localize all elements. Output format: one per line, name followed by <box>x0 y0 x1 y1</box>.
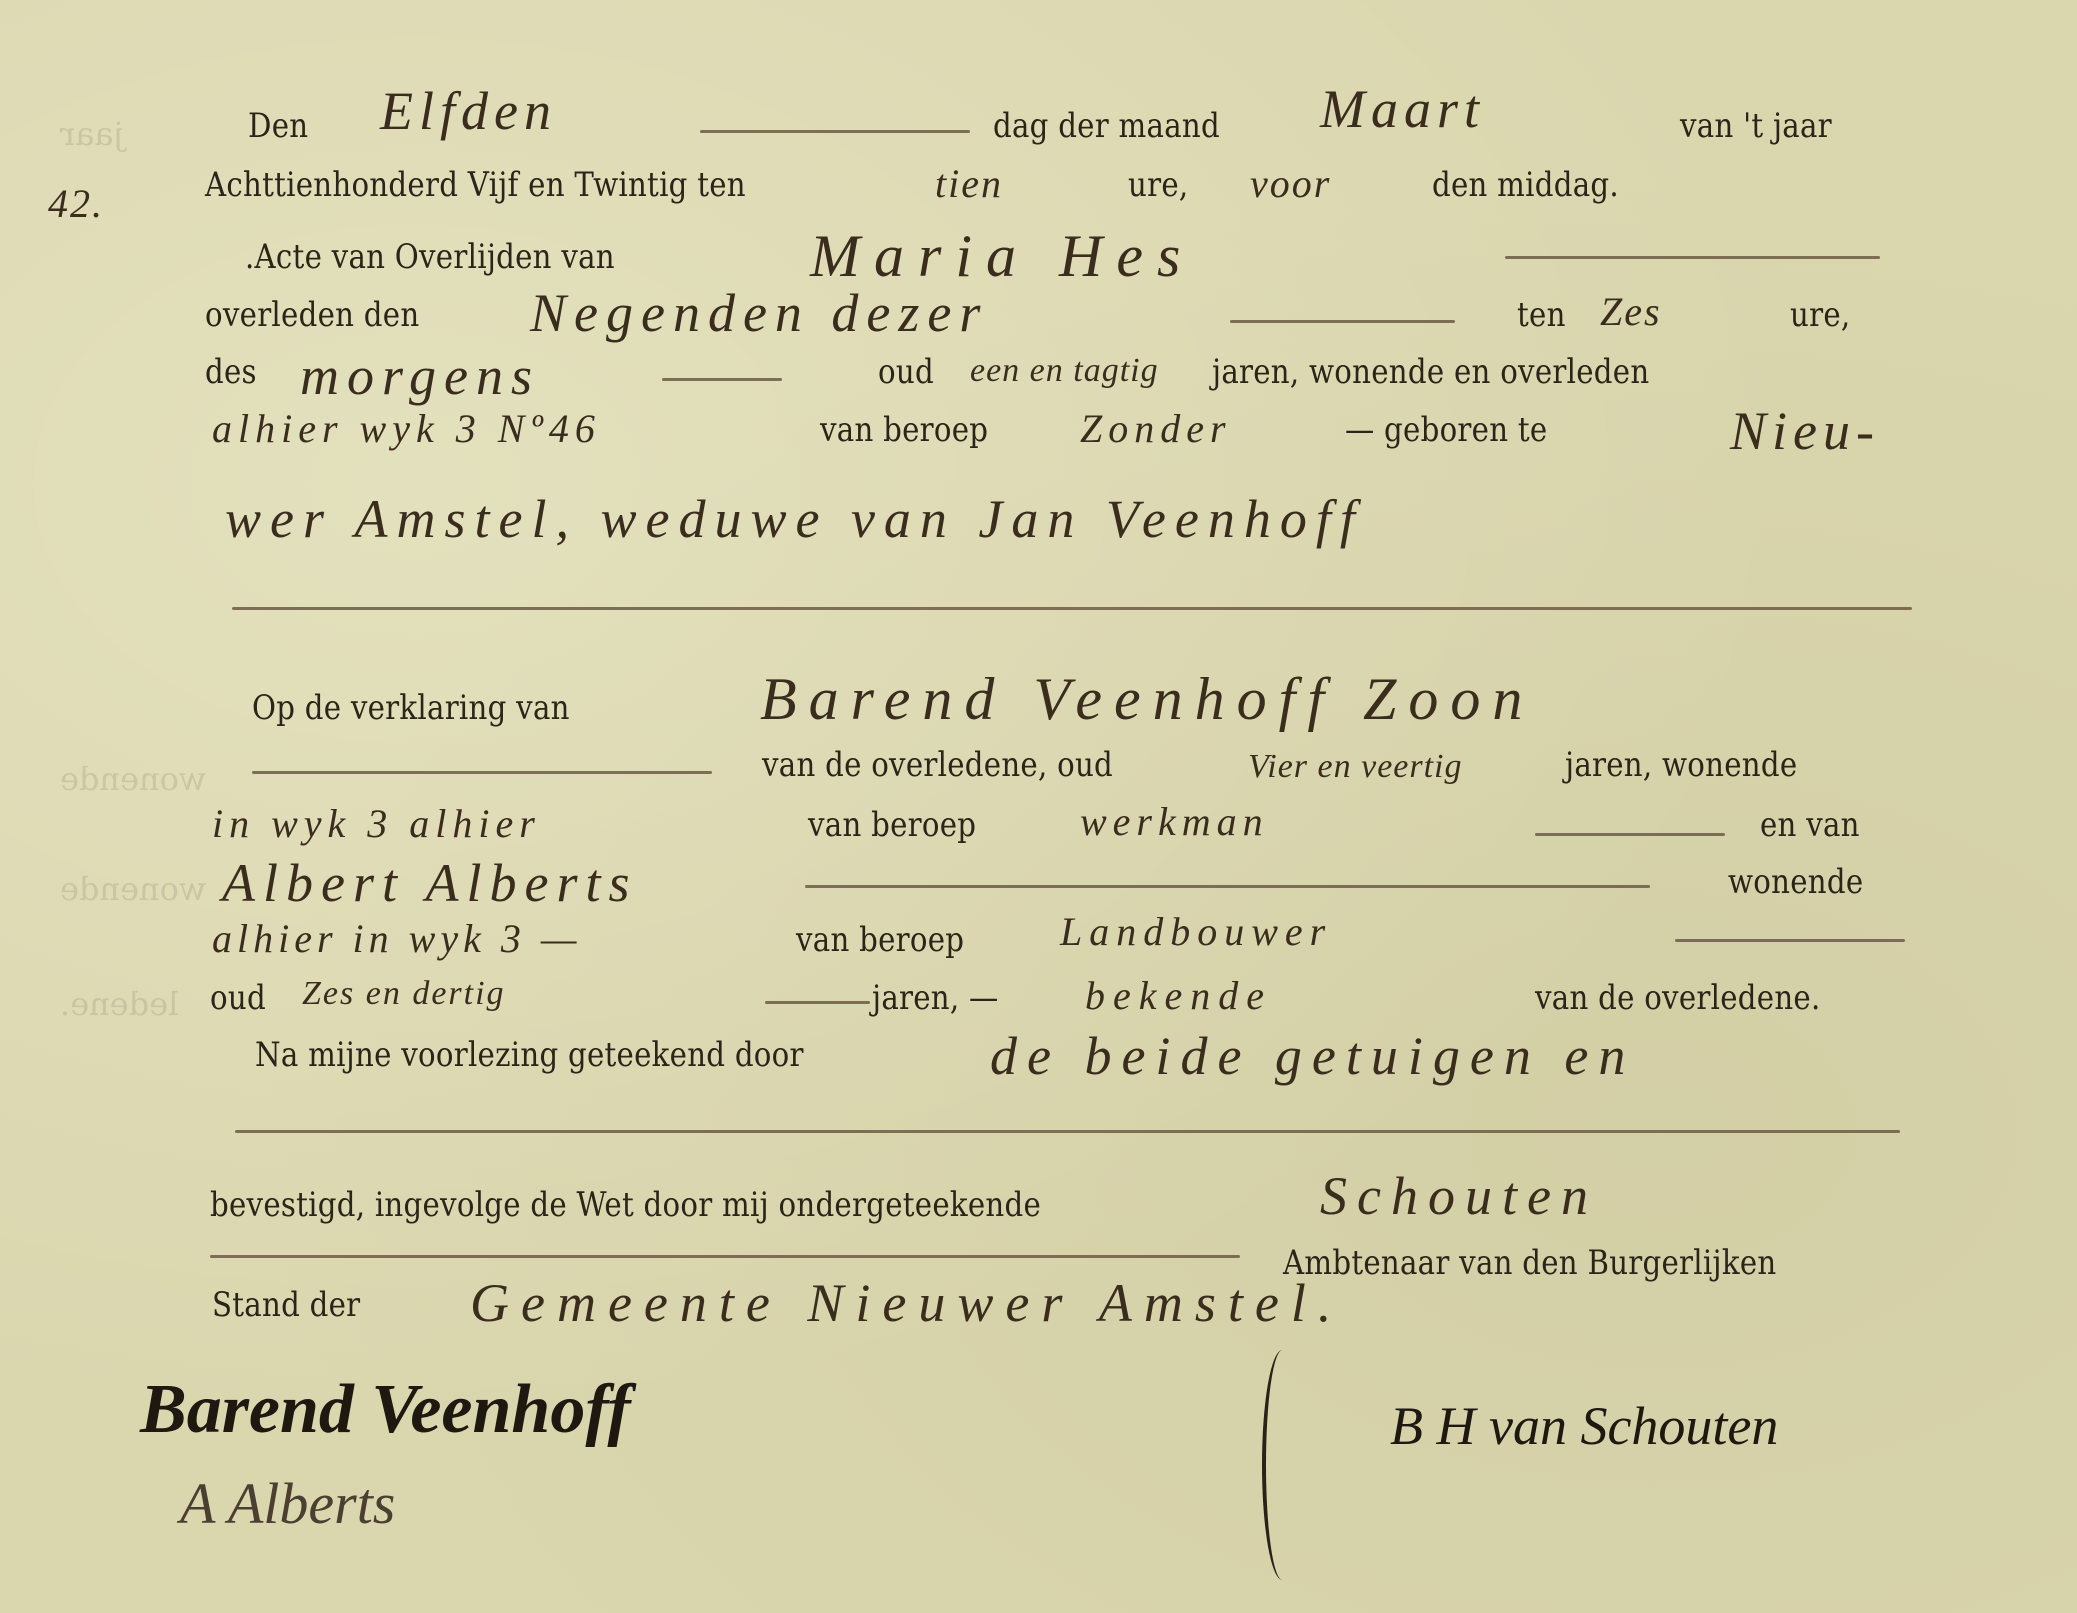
printed-text: ure, <box>1790 295 1850 335</box>
printed-text: van 't jaar <box>1680 106 1832 146</box>
fill-line <box>805 885 1650 888</box>
curly-brace <box>1262 1350 1296 1580</box>
printed-text: oud <box>210 978 266 1018</box>
handwritten-address: in wyk 3 alhier <box>212 800 541 847</box>
printed-text: Stand der <box>212 1285 360 1325</box>
handwritten-address: alhier wyk 3 Nº46 <box>212 405 601 452</box>
printed-text: dag der maand <box>993 106 1220 146</box>
handwritten-address: alhier in wyk 3 — <box>212 915 581 962</box>
printed-text: Na mijne voorlezing geteekend door <box>255 1035 804 1075</box>
handwritten-month: Maart <box>1320 78 1485 140</box>
handwritten-death-date: Negenden dezer <box>530 282 988 344</box>
handwritten-occupation: Zonder <box>1080 405 1232 452</box>
printed-text: oud <box>878 352 934 392</box>
printed-text: ure, <box>1128 165 1188 205</box>
fill-line <box>765 1001 870 1004</box>
bleed-through-text: wonende <box>60 870 206 908</box>
printed-text: — geboren te <box>1345 410 1547 450</box>
fill-line <box>1675 939 1905 942</box>
handwritten-official-name: Schouten <box>1320 1165 1598 1227</box>
witness-signature-alberts: A Alberts <box>180 1470 395 1537</box>
handwritten-day: Elfden <box>380 80 557 142</box>
handwritten-time-of-day: morgens <box>300 345 540 407</box>
fill-line <box>700 130 970 133</box>
handwritten-municipality: Gemeente Nieuwer Amstel. <box>470 1272 1343 1334</box>
fill-line <box>1230 320 1455 323</box>
fill-line <box>1535 833 1725 836</box>
fill-line <box>1505 256 1880 259</box>
fill-line <box>252 771 712 774</box>
handwritten-hour: Zes <box>1600 288 1662 335</box>
handwritten-birthplace: Nieu- <box>1730 400 1880 462</box>
witness-signature-veenhoff: Barend Veenhoff <box>140 1370 631 1450</box>
handwritten-relation: bekende <box>1085 972 1272 1019</box>
bleed-through-text: jaar <box>60 115 123 153</box>
fill-line <box>662 378 782 381</box>
fill-line <box>210 1255 1240 1258</box>
printed-text: jaren, — <box>872 978 999 1018</box>
bleed-through-text: wonende <box>60 760 206 798</box>
printed-text: van beroep <box>820 410 988 450</box>
section-divider <box>232 607 1912 610</box>
printed-text: des <box>205 352 257 392</box>
printed-text: Achttienhonderd Vijf en Twintig ten <box>205 165 746 205</box>
handwritten-declarant-name: Barend Veenhoff Zoon <box>760 665 1534 734</box>
bleed-through-text: ledene. <box>60 985 178 1023</box>
handwritten-occupation: Landbouwer <box>1060 908 1332 955</box>
handwritten-deceased-name: Maria Hes <box>810 222 1194 291</box>
handwritten-occupation: werkman <box>1080 798 1269 845</box>
handwritten-signers: de beide getuigen en <box>990 1025 1635 1087</box>
printed-text: van beroep <box>796 920 964 960</box>
handwritten-age: Zes en dertig <box>302 975 506 1013</box>
handwritten-text: voor <box>1250 160 1331 207</box>
printed-text: ten <box>1517 295 1566 335</box>
section-divider <box>235 1130 1900 1133</box>
handwritten-birthplace-spouse: wer Amstel, weduwe van Jan Veenhoff <box>225 488 1364 550</box>
printed-text: wonende <box>1728 862 1863 902</box>
printed-text: bevestigd, ingevolge de Wet door mij ond… <box>210 1185 1041 1225</box>
printed-text: Den <box>248 106 308 146</box>
death-certificate-page: jaar wonende wonende ledene. 42. Den Elf… <box>0 0 2077 1613</box>
printed-text: van de overledene. <box>1535 978 1821 1018</box>
printed-text: van de overledene, oud <box>762 745 1113 785</box>
printed-text: .Acte van Overlijden van <box>245 237 615 277</box>
printed-text: Op de verklaring van <box>252 688 570 728</box>
printed-text: en van <box>1760 805 1860 845</box>
official-signature: B H van Schouten <box>1390 1395 1778 1457</box>
entry-number: 42. <box>48 180 104 227</box>
handwritten-hour: tien <box>935 160 1003 207</box>
printed-text: Ambtenaar van den Burgerlijken <box>1283 1243 1776 1283</box>
handwritten-age: Vier en veertig <box>1248 748 1463 786</box>
handwritten-witness-name: Albert Alberts <box>222 852 638 914</box>
printed-text: jaren, wonende en overleden <box>1212 352 1649 392</box>
printed-text: den middag. <box>1432 165 1619 205</box>
handwritten-age: een en tagtig <box>970 352 1159 390</box>
printed-text: jaren, wonende <box>1565 745 1797 785</box>
printed-text: van beroep <box>808 805 976 845</box>
printed-text: overleden den <box>205 295 419 335</box>
